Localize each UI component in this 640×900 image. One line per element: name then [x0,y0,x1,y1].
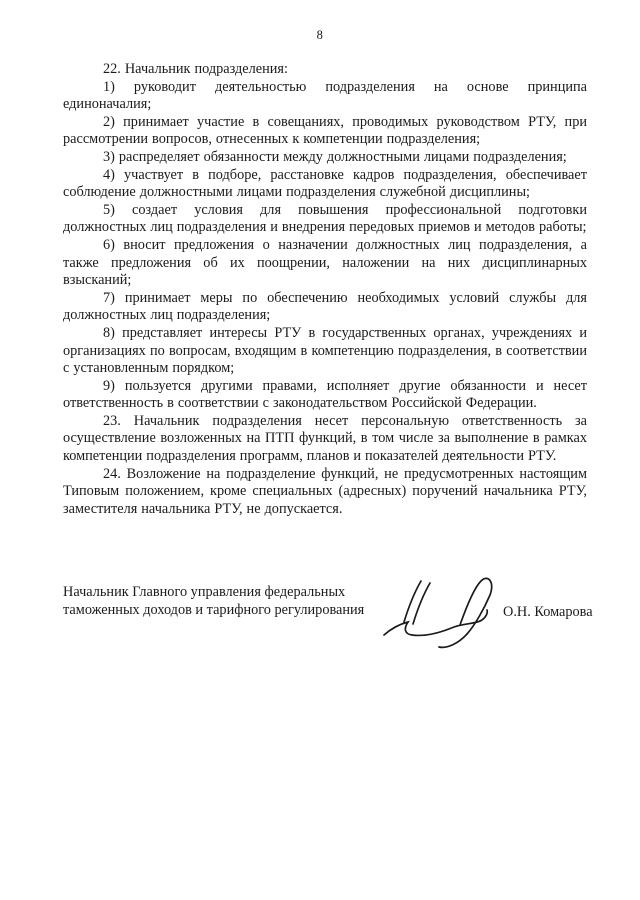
clause-24: 24. Возложение на подразделение функций,… [63,466,587,519]
document-body: 22. Начальник подразделения: 1) руководи… [63,61,587,518]
clause-22-intro: 22. Начальник подразделения: [63,61,587,79]
clause-22-item-6: 6) вносит предложения о назначении должн… [63,237,587,290]
clause-22-item-8: 8) представляет интересы РТУ в государст… [63,325,587,378]
clause-23: 23. Начальник подразделения несет персон… [63,413,587,466]
clause-22-item-4: 4) участвует в подборе, расстановке кадр… [63,167,587,202]
clause-22-item-7: 7) принимает меры по обеспечению необход… [63,290,587,325]
signatory-title-line1: Начальник Главного управления федеральны… [63,584,364,602]
signatory-title-line2: таможенных доходов и тарифного регулиров… [63,602,364,620]
clause-22-item-5: 5) создает условия для повышения професс… [63,202,587,237]
clause-22-item-1: 1) руководит деятельностью подразделения… [63,79,587,114]
handwritten-signature-icon [381,576,505,652]
scanned-document-page: 8 22. Начальник подразделения: 1) руково… [0,0,640,900]
page-number: 8 [0,28,640,43]
signatory-name: О.Н. Комарова [503,604,593,621]
clause-22-item-9: 9) пользуется другими правами, исполняет… [63,378,587,413]
clause-22-item-2: 2) принимает участие в совещаниях, прово… [63,114,587,149]
signatory-title: Начальник Главного управления федеральны… [63,584,364,620]
clause-22-item-3: 3) распределяет обязанности между должно… [63,149,587,167]
signature-block: Начальник Главного управления федеральны… [63,584,587,674]
